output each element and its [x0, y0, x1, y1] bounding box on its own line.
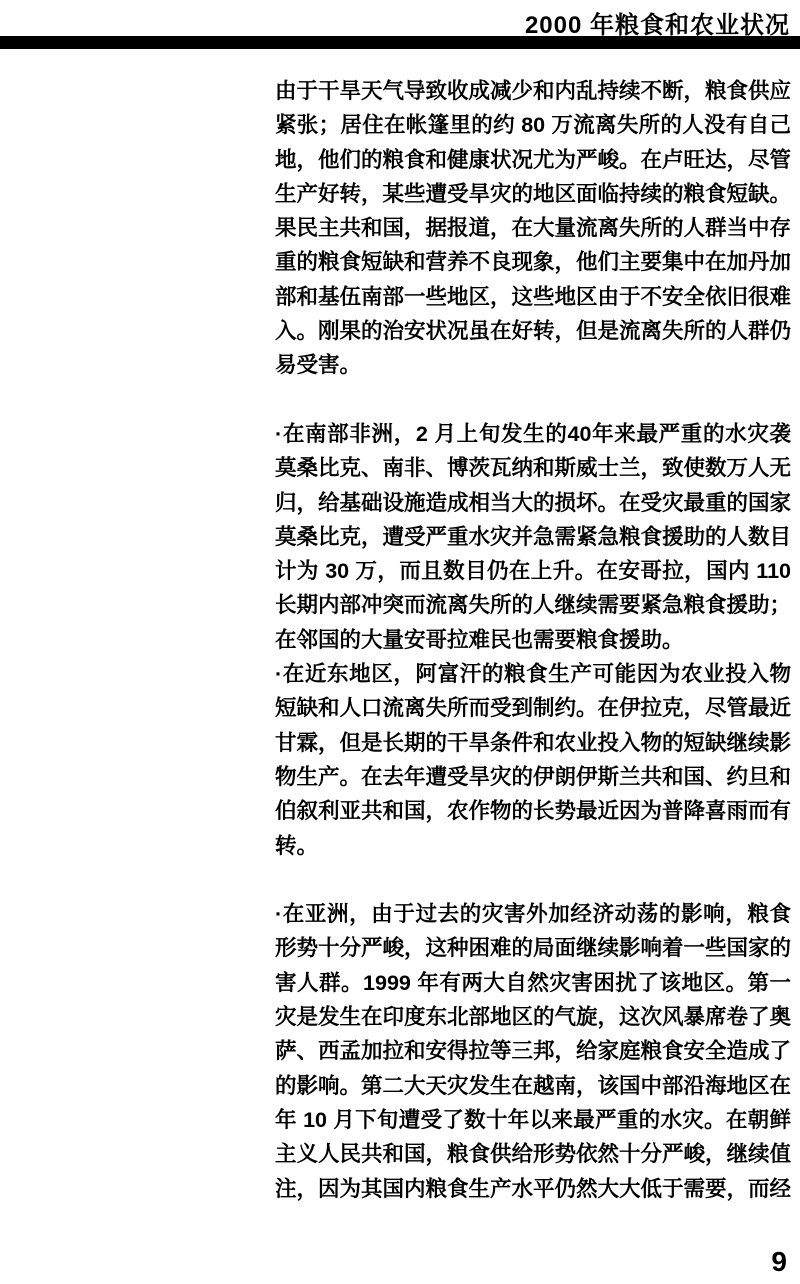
- text-line: 物生产。在去年遭受旱灾的伊朗伊斯兰共和国、约旦和阿拉: [275, 760, 791, 794]
- body-text-column: 由于干旱天气导致收成减少和内乱持续不断，粮食供应形势紧张；居住在帐篷里的约 80…: [275, 74, 791, 1206]
- text-line: 归，给基础设施造成相当大的损坏。在受灾最重的国家——: [275, 486, 791, 520]
- text-line: 甘霖，但是长期的干旱条件和农业投入物的短缺继续影响谷: [275, 726, 791, 760]
- text-line: 由于干旱天气导致收成减少和内乱持续不断，粮食供应形势: [275, 74, 791, 108]
- running-head-title: 2000 年粮食和农业状况: [525, 5, 790, 40]
- text-line: 形势十分严峻，这种困难的局面继续影响着一些国家的易受: [275, 931, 791, 965]
- text-line: 部和基伍南部一些地区，这些地区由于不安全依旧很难进: [275, 280, 791, 314]
- text-line: 主义人民共和国，粮食供给形势依然十分严峻，继续值得关: [275, 1137, 791, 1171]
- page-number: 9: [771, 1246, 787, 1278]
- text-line: ·在南部非洲，2 月上旬发生的40年来最严重的水灾袭击了: [275, 417, 791, 451]
- text-line: 短缺和人口流离失所而受到制约。在伊拉克，尽管最近喜降: [275, 691, 791, 725]
- text-line: 生产好转，某些遭受旱灾的地区面临持续的粮食短缺。在刚: [275, 177, 791, 211]
- document-page: 2000 年粮食和农业状况 由于干旱天气导致收成减少和内乱持续不断，粮食供应形势…: [0, 0, 800, 1284]
- text-line: 转。: [275, 829, 791, 863]
- paragraph: ·在亚洲，由于过去的灾害外加经济动荡的影响，粮食供给形势十分严峻，这种困难的局面…: [275, 897, 791, 1206]
- text-line: 灾是发生在印度东北部地区的气旋，这次风暴席卷了奥里: [275, 1000, 791, 1034]
- text-line: 的影响。第二大天灾发生在越南，该国中部沿海地区在1999: [275, 1069, 791, 1103]
- text-line: ·在近东地区，阿富汗的粮食生产可能因为农业投入物严重: [275, 657, 791, 691]
- text-line: 伯叙利亚共和国，农作物的长势最近因为普降喜雨而有所好: [275, 794, 791, 828]
- text-line: 莫桑比克、南非、博茨瓦纳和斯威士兰，致使数万人无家可: [275, 451, 791, 485]
- text-line: 萨、西孟加拉和安得拉等三邦，给家庭粮食安全造成了严重: [275, 1034, 791, 1068]
- text-line: 紧张；居住在帐篷里的约 80 万流离失所的人没有自己的土: [275, 108, 791, 142]
- text-line: 注，因为其国内粮食生产水平仍然大大低于需要，而经济问: [275, 1172, 791, 1206]
- text-line: 计为 30 万，而且数目仍在上升。在安哥拉，国内 110 万因: [275, 554, 791, 588]
- paragraph: ·在南部非洲，2 月上旬发生的40年来最严重的水灾袭击了莫桑比克、南非、博茨瓦纳…: [275, 417, 791, 657]
- text-line: 果民主共和国，据报道，在大量流离失所的人群当中存在严: [275, 211, 791, 245]
- text-line: 易受害。: [275, 348, 791, 382]
- text-line: 地，他们的粮食和健康状况尤为严峻。在卢旺达，尽管粮食: [275, 143, 791, 177]
- text-line: 在邻国的大量安哥拉难民也需要粮食援助。: [275, 623, 791, 657]
- text-line: 莫桑比克，遭受严重水灾并急需紧急粮食援助的人数目前估: [275, 520, 791, 554]
- header-rule: [0, 36, 800, 49]
- text-line: 重的粮食短缺和营养不良现象，他们主要集中在加丹加东北: [275, 245, 791, 279]
- text-line: ·在亚洲，由于过去的灾害外加经济动荡的影响，粮食供给: [275, 897, 791, 931]
- text-line: 入。刚果的治安状况虽在好转，但是流离失所的人群仍然容: [275, 314, 791, 348]
- paragraph: 由于干旱天气导致收成减少和内乱持续不断，粮食供应形势紧张；居住在帐篷里的约 80…: [275, 74, 791, 383]
- text-line: 长期内部冲突而流离失所的人继续需要紧急粮食援助；居住: [275, 588, 791, 622]
- paragraph: ·在近东地区，阿富汗的粮食生产可能因为农业投入物严重短缺和人口流离失所而受到制约…: [275, 657, 791, 863]
- text-line: 年 10 月下旬遭受了数十年以来最严重的水灾。在朝鲜民主: [275, 1103, 791, 1137]
- text-line: 害人群。1999 年有两大自然灾害困扰了该地区。第一大天: [275, 966, 791, 1000]
